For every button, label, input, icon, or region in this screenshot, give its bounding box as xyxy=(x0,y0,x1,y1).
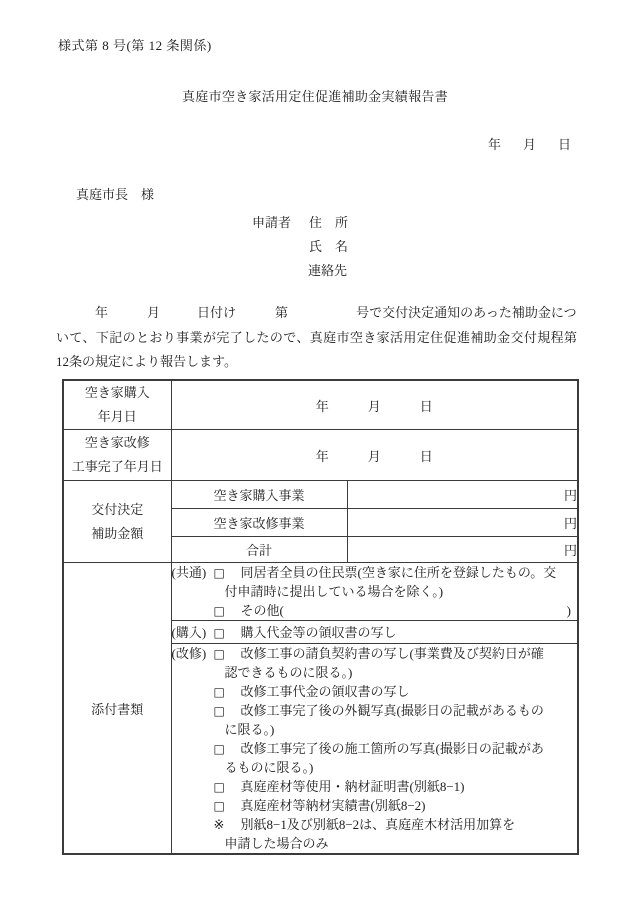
attachment-text-wrap: 付申請時に提出している場合を除く。) xyxy=(172,582,578,601)
attachment-item: □改修工事完了後の施工箇所の写真(撮影日の記載があ xyxy=(172,739,578,758)
category-common-label: (共通) xyxy=(172,563,214,582)
checkbox-icon[interactable]: □ xyxy=(214,702,228,721)
checkbox-icon[interactable]: □ xyxy=(214,740,228,759)
attachment-note: ※別紙8−1及び別紙8−2は、真庭産木材活用加算を xyxy=(172,815,578,834)
attachment-item: (共通)□同居者全員の住民票(空き家に住所を登録したもの。交 xyxy=(172,563,578,582)
decision-year-label: 年 xyxy=(95,305,108,320)
attachment-text: その他( xyxy=(241,603,284,618)
grant-purchase-row: 交付決定 補助金額 空き家購入事業 円 xyxy=(63,481,578,509)
grant-purchase-name: 空き家購入事業 xyxy=(171,481,347,509)
attachment-item: □改修工事代金の領収書の写し xyxy=(172,682,578,701)
attachment-text: 改修工事完了後の外観写真(撮影日の記載があるもの xyxy=(241,703,544,718)
checkbox-icon[interactable]: □ xyxy=(214,564,228,583)
attachment-text: 真庭産材等使用・納材証明書(別紙8−1) xyxy=(241,779,465,794)
attachment-text-wrap: に限る。) xyxy=(172,720,578,739)
applicant-name-label: 氏 名 xyxy=(309,236,348,255)
renovation-date-row: 空き家改修 工事完了年月日 年 月 日 xyxy=(63,430,578,481)
checkbox-icon[interactable]: □ xyxy=(214,645,228,664)
grant-total-amount-field: 円 xyxy=(347,537,578,563)
paragraph-line-1: 年月日付け第号で交付決定通知のあった補助金につ xyxy=(56,301,577,326)
addressee: 真庭市長 様 xyxy=(76,184,154,203)
date-month-label: 月 xyxy=(523,137,536,152)
attachments-common-row: 添付書類 (共通)□同居者全員の住民票(空き家に住所を登録したもの。交 付申請時… xyxy=(63,563,578,621)
purchase-date-label: 空き家購入 年月日 xyxy=(63,380,171,430)
grant-renovation-name: 空き家改修事業 xyxy=(171,509,347,537)
form-number: 様式第 8 号(第 12 条関係) xyxy=(58,35,212,54)
purchase-date-label-line2: 年月日 xyxy=(64,405,171,429)
attachment-text: 改修工事代金の領収書の写し xyxy=(241,684,410,699)
attachments-purchase-section: (購入)□購入代金等の領収書の写し xyxy=(171,621,578,644)
date-line: 年月日 xyxy=(488,134,571,153)
attachment-text-wrap: るものに限る。) xyxy=(172,758,578,777)
note-text: 別紙8−1及び別紙8−2は、真庭産木材活用加算を xyxy=(241,817,516,832)
attachments-label: 添付書類 xyxy=(63,563,171,855)
report-table: 空き家購入 年月日 年 月 日 空き家改修 工事完了年月日 年 月 日 交付決定… xyxy=(62,379,579,855)
purchase-date-label-line1: 空き家購入 xyxy=(64,381,171,405)
category-purchase-label: (購入) xyxy=(172,623,214,642)
grant-amount-label: 交付決定 補助金額 xyxy=(63,481,171,563)
checkbox-icon[interactable]: □ xyxy=(214,602,228,621)
date-year-label: 年 xyxy=(488,137,501,152)
attachment-item: □真庭産材等納材実績書(別紙8−2) xyxy=(172,796,578,815)
checkbox-icon[interactable]: □ xyxy=(214,624,228,643)
attachment-text: 真庭産材等納材実績書(別紙8−2) xyxy=(241,798,426,813)
grant-label-line1: 交付決定 xyxy=(64,498,171,522)
attachment-text-wrap: 認できるものに限る。) xyxy=(172,663,578,682)
applicant-contact-label: 連絡先 xyxy=(308,260,347,279)
applicant-address-label: 住 所 xyxy=(309,212,348,231)
attachment-text: 改修工事の請負契約書の写し(事業費及び契約日が確 xyxy=(241,646,544,661)
paragraph-text: 号で交付決定通知のあった補助金につ xyxy=(356,305,577,320)
decision-month-label: 月 xyxy=(147,305,160,320)
note-text-wrap: 申請した場合のみ xyxy=(172,834,578,853)
paragraph-line-3: 12条の規定により報告します。 xyxy=(56,350,577,375)
document-title: 真庭市空き家活用定住促進補助金実績報告書 xyxy=(0,86,630,105)
applicant-label: 申請者 xyxy=(252,212,291,231)
purchase-date-field: 年 月 日 xyxy=(171,380,578,430)
grant-renovation-amount-field: 円 xyxy=(347,509,578,537)
renovation-date-label-line2: 工事完了年月日 xyxy=(64,455,171,479)
body-paragraph: 年月日付け第号で交付決定通知のあった補助金につ いて、下記のとおり事業が完了した… xyxy=(56,301,577,375)
attachments-common-section: (共通)□同居者全員の住民票(空き家に住所を登録したもの。交 付申請時に提出して… xyxy=(171,563,578,621)
renovation-date-field: 年 月 日 xyxy=(171,430,578,481)
renovation-date-label: 空き家改修 工事完了年月日 xyxy=(63,430,171,481)
attachment-item: □改修工事完了後の外観写真(撮影日の記載があるもの xyxy=(172,701,578,720)
checkbox-icon[interactable]: □ xyxy=(214,683,228,702)
grant-label-line2: 補助金額 xyxy=(64,522,171,546)
renovation-date-label-line1: 空き家改修 xyxy=(64,431,171,455)
attachment-item-other: □その他( ) xyxy=(172,601,578,620)
other-close-paren: ) xyxy=(567,601,571,620)
attachment-text: 同居者全員の住民票(空き家に住所を登録したもの。交 xyxy=(241,565,557,580)
attachment-item: (改修)□改修工事の請負契約書の写し(事業費及び契約日が確 xyxy=(172,644,578,663)
date-day-label: 日 xyxy=(558,137,571,152)
checkbox-icon[interactable]: □ xyxy=(214,797,228,816)
purchase-date-row: 空き家購入 年月日 年 月 日 xyxy=(63,380,578,430)
attachment-text: 改修工事完了後の施工箇所の写真(撮影日の記載があ xyxy=(241,741,544,756)
grant-total-name: 合計 xyxy=(171,537,347,563)
document-page: 様式第 8 号(第 12 条関係) 真庭市空き家活用定住促進補助金実績報告書 年… xyxy=(0,0,630,903)
attachments-renovation-section: (改修)□改修工事の請負契約書の写し(事業費及び契約日が確 認できるものに限る。… xyxy=(171,644,578,855)
category-renovation-label: (改修) xyxy=(172,644,214,663)
grant-purchase-amount-field: 円 xyxy=(347,481,578,509)
paragraph-line-2: いて、下記のとおり事業が完了したので、真庭市空き家活用定住促進補助金交付規程第 xyxy=(56,326,577,351)
note-marker-icon: ※ xyxy=(214,815,228,834)
decision-number-prefix: 第 xyxy=(275,305,288,320)
decision-day-label: 日付け xyxy=(197,305,236,320)
checkbox-icon[interactable]: □ xyxy=(214,778,228,797)
attachment-text: 購入代金等の領収書の写し xyxy=(241,625,397,640)
attachment-item: □真庭産材等使用・納材証明書(別紙8−1) xyxy=(172,777,578,796)
attachment-item: (購入)□購入代金等の領収書の写し xyxy=(172,623,578,642)
